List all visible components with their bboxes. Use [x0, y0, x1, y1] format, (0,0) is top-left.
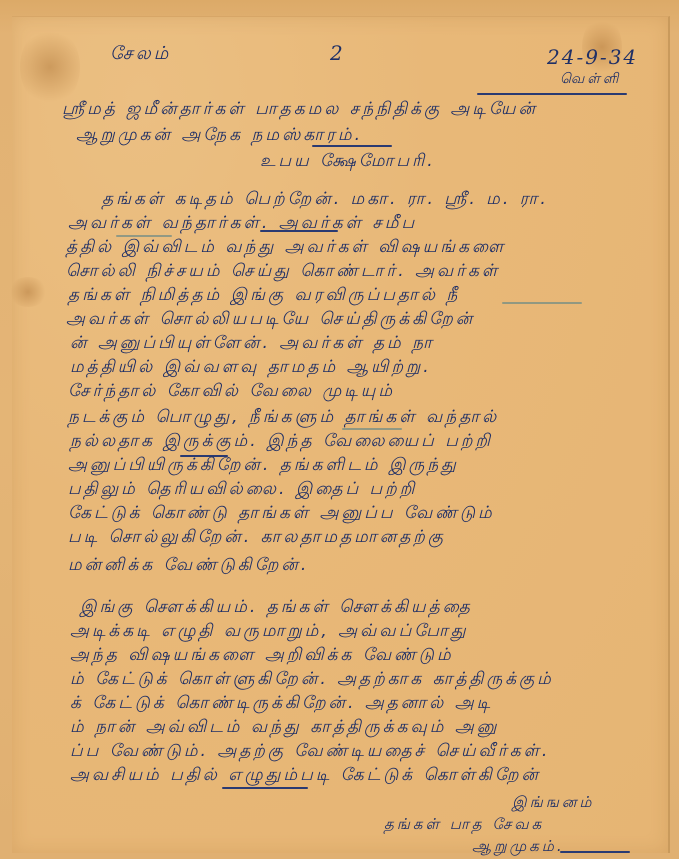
para1-line-11: நல்லதாக இருக்கும். இந்த வேலையைப் பற்றி	[70, 431, 493, 453]
para1-line-6: அவர்கள் சொல்லியபடியே செய்திருக்கிறேன்	[66, 309, 475, 331]
para2-line-7: ப்ப வேண்டும். அதற்கு வேண்டியதைச் செய்வீர…	[70, 741, 550, 763]
opening-line-2: ஆறுமுகன் அநேக நமஸ்காரம்.	[76, 125, 363, 147]
para2-line-8: அவசியம் பதில் எழுதும்படி கேட்டுக் கொள்கி…	[70, 765, 541, 787]
para1-line-10: நடக்கும் பொழுது, நீங்களும் தாங்கள் வந்தா…	[68, 407, 499, 429]
para1-line-4: சொல்லி நிச்சயம் செய்து கொண்டார். அவர்கள்	[66, 261, 500, 283]
para1-line-2: அவர்கள் வந்தார்கள். அவர்கள் சமீப	[68, 213, 417, 235]
para1-line-15: படி சொல்லுகிறேன். காலதாமதமானதற்கு	[68, 527, 446, 549]
para2-line-5: க் கேட்டுக் கொண்டிருக்கிறேன். அதனால் அடி	[70, 693, 493, 715]
closing-line-2: தங்கள் பாத சேவக	[384, 815, 544, 835]
para1-line-16: மன்னிக்க வேண்டுகிறேன்.	[68, 555, 309, 577]
para2-line-3: அந்த விஷயங்களை அறிவிக்க வேண்டும்	[70, 645, 454, 667]
para1-line-3: த்தில் இவ்விடம் வந்து அவர்கள் விஷயங்களை	[66, 237, 506, 259]
para1-line-1: தங்கள் கடிதம் பெற்றேன். மகா. ரா. ஸ்ரீ. ம…	[102, 189, 549, 211]
para2-line-6: ம் நான் அவ்விடம் வந்து காத்திருக்கவும் அ…	[70, 717, 499, 739]
letter-date: 24-9-34	[547, 45, 638, 69]
scanned-letter: சேலம் 2 24-9-34 வெள்ளி ஸ்ரீமத் ஜமீன்தார்…	[0, 0, 679, 859]
signature-underline	[560, 851, 630, 853]
opening-line-1: ஸ்ரீமத் ஜமீன்தார்கள் பாதகமல சந்நிதிக்கு …	[62, 99, 538, 121]
closing-line-1: இங்ஙனம்	[512, 793, 595, 813]
heading-place: சேலம்	[110, 43, 171, 66]
stain-top-left	[20, 27, 80, 107]
date-underline	[477, 93, 627, 95]
para2-line-2: அடிக்கடி எழுதி வருமாறும், அவ்வப்போது	[70, 621, 469, 643]
para1-line-8: மத்தியில் இவ்வளவு தாமதம் ஆயிற்று.	[70, 357, 432, 379]
pencil-mark-2	[502, 302, 582, 304]
letter-paper: சேலம் 2 24-9-34 வெள்ளி ஸ்ரீமத் ஜமீன்தார்…	[12, 16, 670, 853]
para1-line-13: பதிலும் தெரியவில்லை. இதைப் பற்றி	[68, 479, 417, 501]
para1-line-7: ன் அனுப்பியுள்ளேன். அவர்கள் தம் நா	[70, 333, 435, 355]
para2-line-4: ம் கேட்டுக் கொள்ளுகிறேன். அதற்காக காத்தி…	[70, 669, 554, 691]
para2-line-1: இங்கு சௌக்கியம். தங்கள் சௌக்கியத்தை	[80, 597, 473, 619]
para1-line-14: கேட்டுக் கொண்டு தாங்கள் அனுப்ப வேண்டும்	[68, 503, 495, 525]
date-subline: வெள்ளி	[560, 71, 621, 89]
stain-left-margin	[8, 277, 48, 307]
para1-line-5: தங்கள் நிமித்தம் இங்கு வரவிருப்பதால் நீ	[68, 285, 460, 307]
para1-line-12: அனுப்பியிருக்கிறேன். தங்களிடம் இருந்து	[68, 455, 459, 477]
page-number: 2	[330, 41, 345, 65]
para1-underline-a	[260, 230, 338, 232]
opening-underline	[312, 145, 392, 147]
para2-underline	[222, 787, 308, 789]
signature: ஆறுமுகம்.	[472, 837, 565, 857]
para1-line-9: சேர்ந்தால் கோவில் வேலை முடியும்	[68, 381, 395, 403]
subtitle: உபய க்ஷேமோபரி.	[260, 151, 436, 173]
pencil-mark-3	[342, 428, 402, 430]
